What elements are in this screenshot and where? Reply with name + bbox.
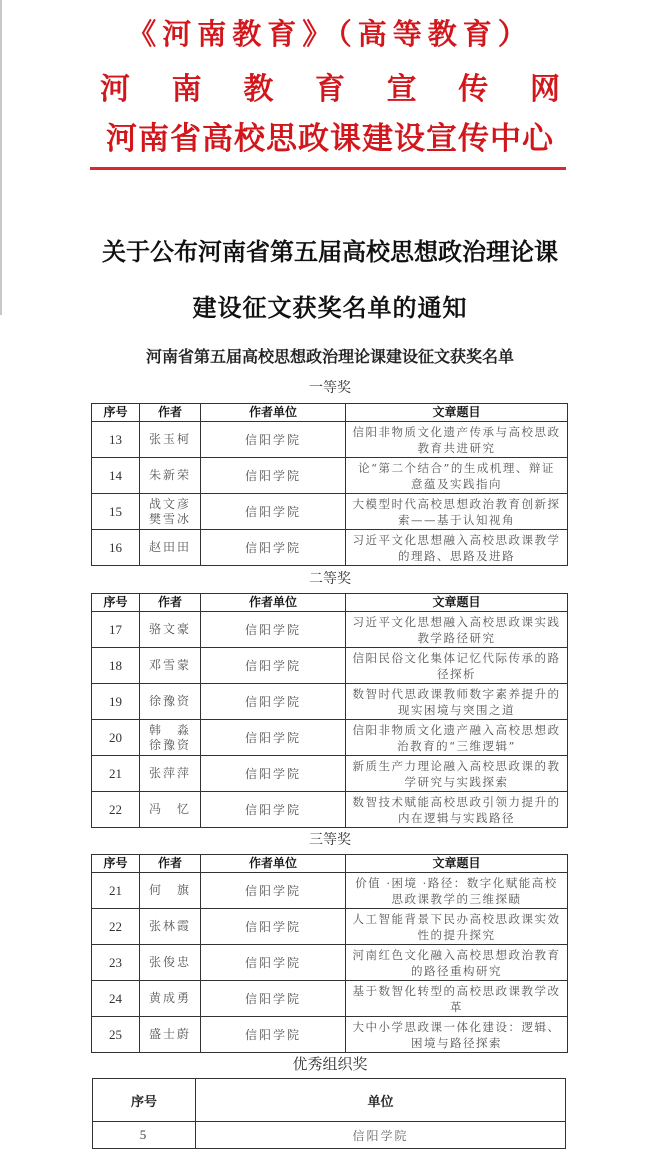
table-row: 13 张玉柯 信阳学院 信阳非物质文化遗产传承与高校思政教育共进研究: [92, 422, 568, 458]
row-author: 徐豫资: [140, 684, 201, 720]
table-row: 24 黄成勇 信阳学院 基于数智化转型的高校思政课教学改革: [92, 981, 568, 1017]
table-row: 15 战文彦 樊雪冰 信阳学院 大模型时代高校思想政治教育创新探索——基于认知视…: [92, 494, 568, 530]
table-row: 19 徐豫资 信阳学院 数智时代思政课教师数字素养提升的现实困境与突围之道: [92, 684, 568, 720]
row-index: 5: [93, 1122, 196, 1149]
masthead-char: 河: [100, 64, 130, 108]
table-row: 21 何 旗 信阳学院 价值 ·困境 ·路径：数字化赋能高校思政课教学的三维探赜: [92, 873, 568, 909]
header-index: 序号: [93, 1079, 196, 1122]
header-title: 文章题目: [346, 855, 568, 873]
row-title: 价值 ·困境 ·路径：数字化赋能高校思政课教学的三维探赜: [346, 873, 568, 909]
row-index: 21: [92, 873, 140, 909]
header-title: 文章题目: [346, 594, 568, 612]
header-index: 序号: [92, 855, 140, 873]
header-unit: 作者单位: [201, 594, 346, 612]
table-row: 14 朱新荣 信阳学院 论“第二个结合”的生成机理、辩证意蕴及实践指向: [92, 458, 568, 494]
notice-title-line1: 关于公布河南省第五届高校思想政治理论课: [0, 232, 660, 267]
header-author: 作者: [140, 404, 201, 422]
header-author: 作者: [140, 594, 201, 612]
table-header-row: 序号 作者 作者单位 文章题目: [92, 594, 568, 612]
row-title: 数智时代思政课教师数字素养提升的现实困境与突围之道: [346, 684, 568, 720]
org-award-table: 序号 单位 5 信阳学院: [92, 1078, 566, 1149]
row-index: 13: [92, 422, 140, 458]
row-author: 黄成勇: [140, 981, 201, 1017]
row-title: 数智技术赋能高校思政引领力提升的内在逻辑与实践路径: [346, 792, 568, 828]
masthead-char: 网: [530, 64, 560, 108]
org-award-heading: 优秀组织奖: [0, 1053, 660, 1074]
row-author: 张萍萍: [140, 756, 201, 792]
row-unit: 信阳学院: [201, 756, 346, 792]
first-prize-heading: 一等奖: [0, 377, 660, 397]
row-title: 大模型时代高校思想政治教育创新探索——基于认知视角: [346, 494, 568, 530]
table-header-row: 序号 单位: [93, 1079, 566, 1122]
masthead-char: 传: [458, 64, 488, 108]
masthead-char: 南: [172, 64, 202, 108]
row-index: 22: [92, 909, 140, 945]
table-row: 22 张林霞 信阳学院 人工智能背景下民办高校思政课实效性的提升探究: [92, 909, 568, 945]
row-unit: 信阳学院: [201, 792, 346, 828]
table-row: 18 邓雪蒙 信阳学院 信阳民俗文化集体记忆代际传承的路径探析: [92, 648, 568, 684]
table-row: 16 赵田田 信阳学院 习近平文化思想融入高校思政课教学的理路、思路及进路: [92, 530, 568, 566]
header-title: 文章题目: [346, 404, 568, 422]
masthead-char: 育: [315, 64, 345, 108]
row-index: 22: [92, 792, 140, 828]
row-author: 战文彦 樊雪冰: [140, 494, 201, 530]
row-index: 23: [92, 945, 140, 981]
first-prize-table: 序号 作者 作者单位 文章题目 13 张玉柯 信阳学院 信阳非物质文化遗产传承与…: [91, 403, 568, 566]
row-title: 论“第二个结合”的生成机理、辩证意蕴及实践指向: [346, 458, 568, 494]
row-unit: 信阳学院: [201, 981, 346, 1017]
header-unit: 作者单位: [201, 404, 346, 422]
header-unit: 单位: [196, 1079, 566, 1122]
row-index: 14: [92, 458, 140, 494]
row-unit: 信阳学院: [201, 530, 346, 566]
header-author: 作者: [140, 855, 201, 873]
list-subtitle: 河南省第五届高校思想政治理论课建设征文获奖名单: [0, 344, 660, 367]
row-author: 韩 淼 徐豫资: [140, 720, 201, 756]
row-unit: 信阳学院: [201, 422, 346, 458]
row-index: 15: [92, 494, 140, 530]
row-title: 习近平文化思想融入高校思政课实践教学路径研究: [346, 612, 568, 648]
table-row: 20 韩 淼 徐豫资 信阳学院 信阳非物质文化遗产融入高校思想政治教育的“三维逻…: [92, 720, 568, 756]
table-header-row: 序号 作者 作者单位 文章题目: [92, 855, 568, 873]
notice-title-line2: 建设征文获奖名单的通知: [0, 288, 660, 323]
row-unit: 信阳学院: [201, 612, 346, 648]
table-row: 22 冯 忆 信阳学院 数智技术赋能高校思政引领力提升的内在逻辑与实践路径: [92, 792, 568, 828]
masthead-char: 宣: [387, 64, 417, 108]
masthead-center-name: 河南省高校思政课建设宣传中心: [0, 113, 660, 158]
header-unit: 作者单位: [201, 855, 346, 873]
table-row: 21 张萍萍 信阳学院 新质生产力理论融入高校思政课的教学研究与实践探索: [92, 756, 568, 792]
table-row: 25 盛士蔚 信阳学院 大中小学思政课一体化建设：逻辑、困境与路径探索: [92, 1017, 568, 1053]
masthead-journal-name: 《河南教育》（高等教育）: [0, 12, 660, 53]
row-index: 17: [92, 612, 140, 648]
row-author: 张俊忠: [140, 945, 201, 981]
row-unit: 信阳学院: [201, 494, 346, 530]
row-title: 大中小学思政课一体化建设：逻辑、困境与路径探索: [346, 1017, 568, 1053]
row-author: 何 旗: [140, 873, 201, 909]
row-unit: 信阳学院: [201, 873, 346, 909]
row-index: 18: [92, 648, 140, 684]
third-prize-table: 序号 作者 作者单位 文章题目 21 何 旗 信阳学院 价值 ·困境 ·路径：数…: [91, 854, 568, 1053]
third-prize-heading: 三等奖: [0, 829, 660, 849]
row-title: 河南红色文化融入高校思想政治教育的路径重构研究: [346, 945, 568, 981]
masthead-website-name: 河 南 教 育 宣 传 网: [0, 64, 660, 108]
row-title: 信阳非物质文化遗产融入高校思想政治教育的“三维逻辑”: [346, 720, 568, 756]
masthead-red-divider: [90, 167, 566, 170]
row-title: 基于数智化转型的高校思政课教学改革: [346, 981, 568, 1017]
row-index: 24: [92, 981, 140, 1017]
second-prize-table: 序号 作者 作者单位 文章题目 17 骆文豪 信阳学院 习近平文化思想融入高校思…: [91, 593, 568, 828]
row-unit: 信阳学院: [201, 1017, 346, 1053]
row-index: 25: [92, 1017, 140, 1053]
row-unit: 信阳学院: [201, 458, 346, 494]
masthead-char: 教: [243, 64, 273, 108]
row-unit: 信阳学院: [201, 945, 346, 981]
row-title: 信阳民俗文化集体记忆代际传承的路径探析: [346, 648, 568, 684]
row-author: 张玉柯: [140, 422, 201, 458]
row-author: 邓雪蒙: [140, 648, 201, 684]
table-row: 17 骆文豪 信阳学院 习近平文化思想融入高校思政课实践教学路径研究: [92, 612, 568, 648]
row-unit: 信阳学院: [201, 909, 346, 945]
row-author: 骆文豪: [140, 612, 201, 648]
row-index: 20: [92, 720, 140, 756]
row-author: 冯 忆: [140, 792, 201, 828]
row-author: 赵田田: [140, 530, 201, 566]
table-row: 5 信阳学院: [93, 1122, 566, 1149]
header-index: 序号: [92, 594, 140, 612]
row-index: 16: [92, 530, 140, 566]
row-title: 新质生产力理论融入高校思政课的教学研究与实践探索: [346, 756, 568, 792]
second-prize-heading: 二等奖: [0, 568, 660, 588]
row-unit: 信阳学院: [201, 684, 346, 720]
row-title: 信阳非物质文化遗产传承与高校思政教育共进研究: [346, 422, 568, 458]
header-index: 序号: [92, 404, 140, 422]
row-author: 张林霞: [140, 909, 201, 945]
row-index: 19: [92, 684, 140, 720]
table-row: 23 张俊忠 信阳学院 河南红色文化融入高校思想政治教育的路径重构研究: [92, 945, 568, 981]
row-unit: 信阳学院: [201, 720, 346, 756]
row-unit: 信阳学院: [201, 648, 346, 684]
row-index: 21: [92, 756, 140, 792]
row-title: 人工智能背景下民办高校思政课实效性的提升探究: [346, 909, 568, 945]
row-author: 盛士蔚: [140, 1017, 201, 1053]
row-title: 习近平文化思想融入高校思政课教学的理路、思路及进路: [346, 530, 568, 566]
row-unit: 信阳学院: [196, 1122, 566, 1149]
table-header-row: 序号 作者 作者单位 文章题目: [92, 404, 568, 422]
row-author: 朱新荣: [140, 458, 201, 494]
